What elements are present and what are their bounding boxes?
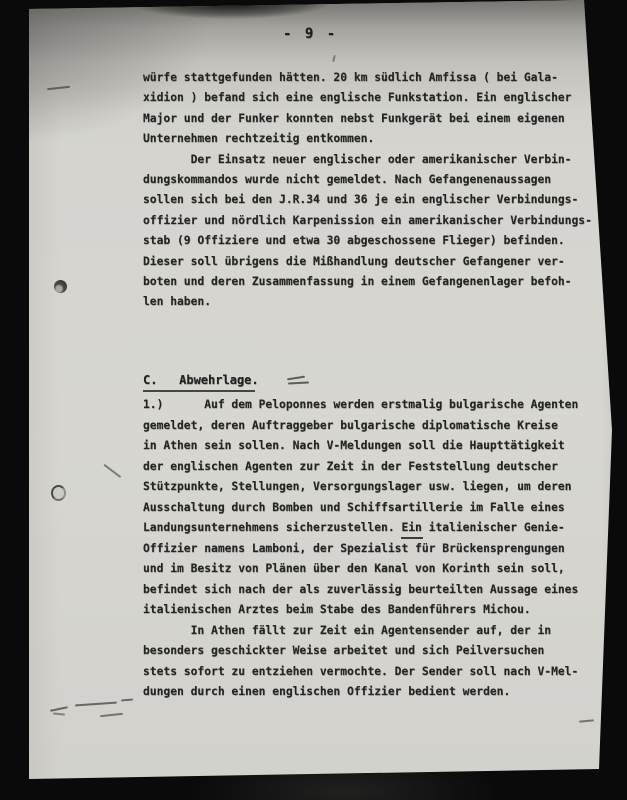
pencil-scribble-bottom [53, 712, 65, 715]
pencil-scribble-bottom [75, 702, 117, 707]
section-c-item-1: 1.) Auf dem Peloponnes werden erstmalig … [143, 395, 578, 703]
pencil-mark-bottom-right [579, 719, 594, 722]
paragraph-verbindungskommandos: Der Einsatz neuer englischer oder amerik… [143, 150, 592, 313]
hole-punch-bottom [51, 485, 66, 501]
ein-emphasis-underline [401, 537, 423, 539]
handwritten-check-mark [288, 381, 309, 384]
hole-punch-top [54, 280, 67, 293]
pencil-mark-diagonal [104, 464, 122, 478]
section-c-heading: C. Abwehrlage. [143, 373, 259, 388]
document-page: - 9 - würfe stattgefunden hätten. 20 km … [0, 0, 627, 800]
pencil-mark-top-left [47, 86, 70, 90]
pencil-scribble-bottom [100, 713, 123, 717]
paragraph-amfissa: würfe stattgefunden hätten. 20 km südlic… [143, 68, 571, 150]
pencil-scribble-bottom [121, 698, 133, 701]
pencil-scribble-bottom [50, 706, 68, 712]
page-number: - 9 - [283, 26, 338, 42]
section-c-heading-underline [143, 390, 255, 392]
pencil-mark-stray-tick [332, 55, 336, 62]
handwritten-check-mark [287, 376, 305, 381]
scan-background: - 9 - würfe stattgefunden hätten. 20 km … [0, 0, 627, 800]
